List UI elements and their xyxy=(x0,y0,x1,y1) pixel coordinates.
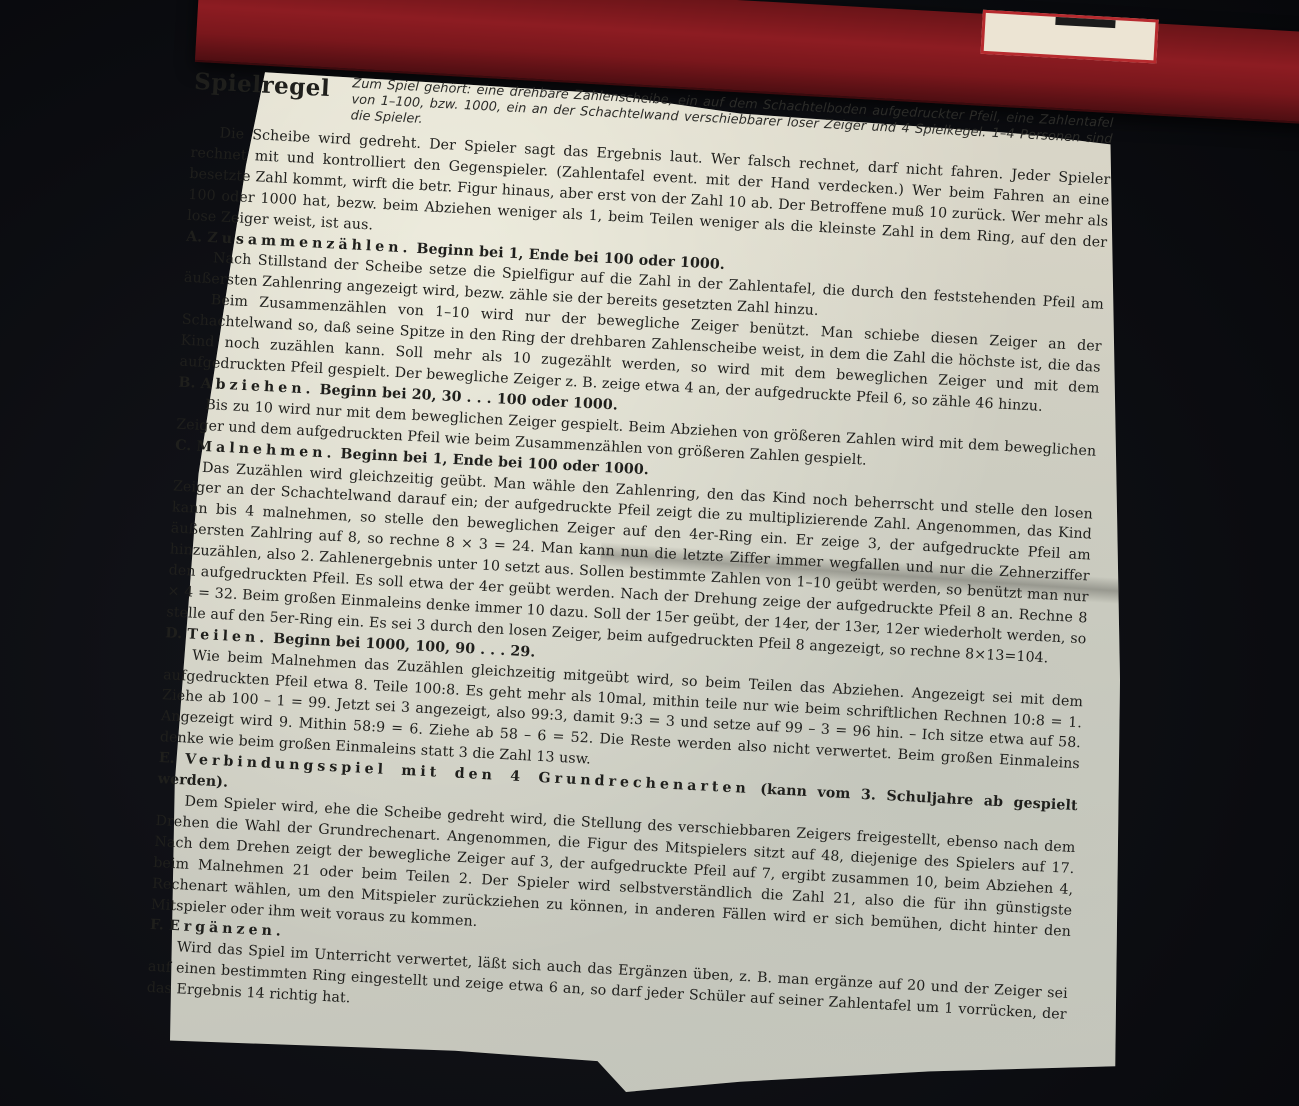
box-label xyxy=(981,10,1159,64)
section-letter: F. xyxy=(150,917,170,934)
rule-sections: A. Zusammenzählen. Beginn bei 1, Ende be… xyxy=(146,226,1105,1047)
section-letter: E. xyxy=(158,750,185,767)
rule-sheet-text: Spielregel Zum Spiel gehört: eine drehba… xyxy=(146,68,1114,1047)
section-letter: B. xyxy=(178,374,201,391)
section-letter: C. xyxy=(175,437,197,454)
section-name: Abziehen. xyxy=(200,376,315,398)
section-letter: A. xyxy=(186,228,208,245)
sheet-title: Spielregel xyxy=(194,72,331,100)
section-name: Teilen. xyxy=(187,626,269,646)
section-letter: D. xyxy=(165,625,188,642)
section-name: Ergänzen. xyxy=(168,918,285,940)
